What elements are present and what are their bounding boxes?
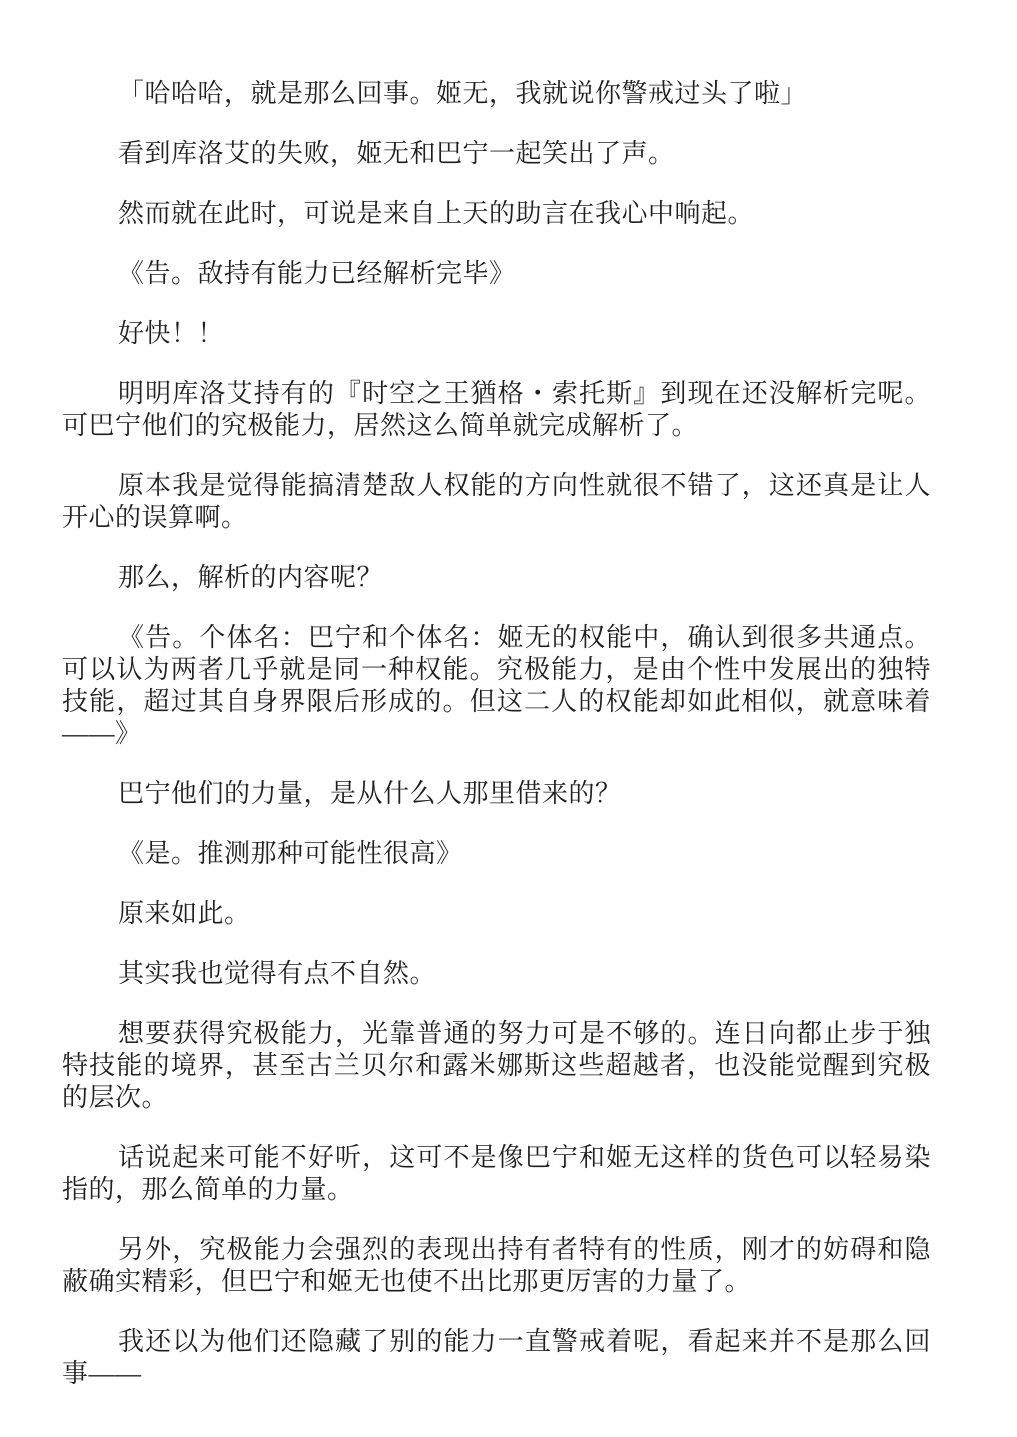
paragraph: 原本我是觉得能搞清楚敌人权能的方向性就很不错了，这还真是让人开心的误算啊。 (62, 470, 931, 534)
paragraph: 然而就在此时，可说是来自上天的助言在我心中响起。 (62, 198, 931, 230)
paragraph-dialogue: 「哈哈哈，就是那么回事。姬无，我就说你警戒过头了啦」 (62, 78, 931, 110)
novel-page: 「哈哈哈，就是那么回事。姬无，我就说你警戒过头了啦」 看到库洛艾的失败，姬无和巴… (0, 0, 1017, 1437)
paragraph-system-message: 《告。个体名：巴宁和个体名：姬无的权能中，确认到很多共通点。可以认为两者几乎就是… (62, 622, 931, 750)
paragraph: 原来如此。 (62, 898, 931, 930)
paragraph: 想要获得究极能力，光靠普通的努力可是不够的。连日向都止步于独特技能的境界，甚至古… (62, 1018, 931, 1114)
paragraph: 明明库洛艾持有的『时空之王猶格・索托斯』到现在还没解析完呢。可巴宁他们的究极能力… (62, 378, 931, 442)
paragraph: 那么，解析的内容呢？ (62, 562, 931, 594)
paragraph: 其实我也觉得有点不自然。 (62, 958, 931, 990)
paragraph: 巴宁他们的力量，是从什么人那里借来的？ (62, 778, 931, 810)
paragraph: 看到库洛艾的失败，姬无和巴宁一起笑出了声。 (62, 138, 931, 170)
paragraph: 话说起来可能不好听，这可不是像巴宁和姬无这样的货色可以轻易染指的，那么简单的力量… (62, 1142, 931, 1206)
paragraph: 另外，究极能力会强烈的表现出持有者特有的性质，刚才的妨碍和隐蔽确实精彩，但巴宁和… (62, 1234, 931, 1298)
paragraph: 好快！！ (62, 318, 931, 350)
paragraph: 我还以为他们还隐藏了别的能力一直警戒着呢，看起来并不是那么回事—— (62, 1326, 931, 1390)
paragraph-system-message: 《告。敌持有能力已经解析完毕》 (62, 258, 931, 290)
paragraph-system-message: 《是。推测那种可能性很高》 (62, 838, 931, 870)
